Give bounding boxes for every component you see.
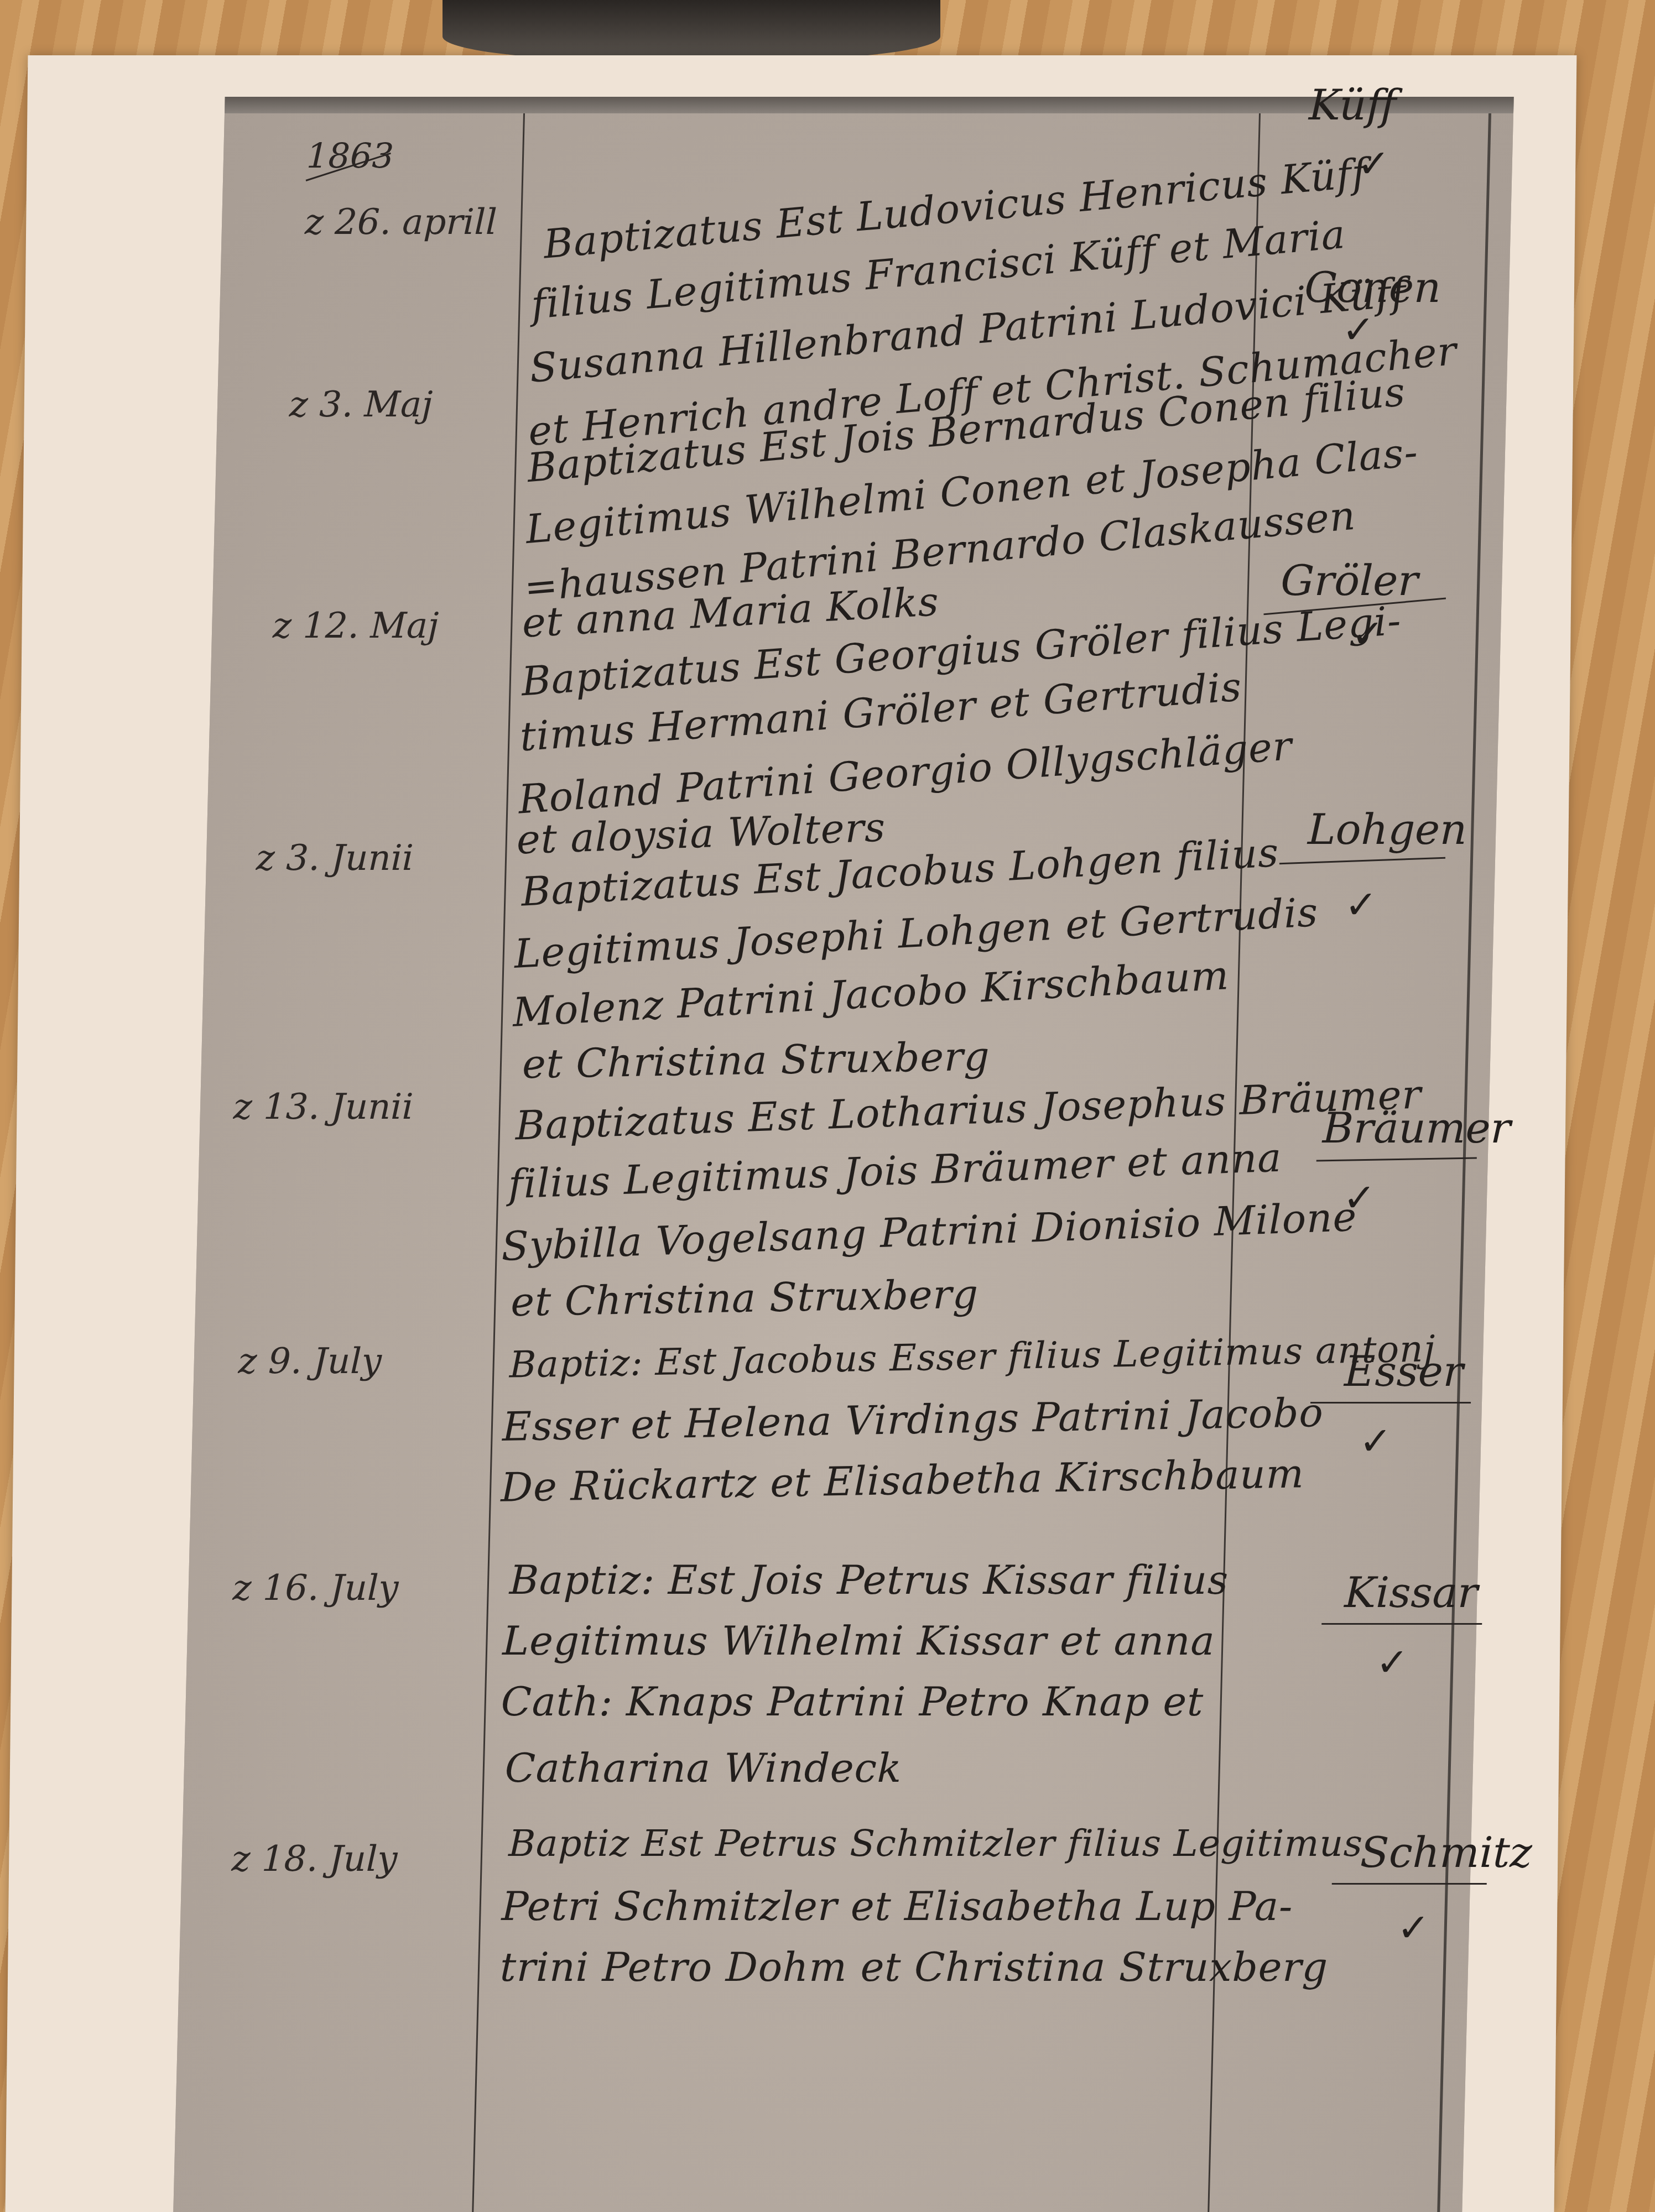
entry-line: Baptiz: Est Jois Petrus Kissar filius <box>509 1557 1229 1603</box>
entry-surname: Conen <box>1304 263 1441 312</box>
entry-surname: Schmitz <box>1360 1828 1533 1877</box>
check-mark: ✓ <box>1397 1905 1430 1950</box>
check-mark: ✓ <box>1376 1640 1409 1685</box>
entry-date: z 16. July <box>232 1568 399 1609</box>
entry-line: Sybilla Vogelsang Patrini Dionisio Milon… <box>501 1193 1357 1270</box>
entry-date: z 18. July <box>231 1839 398 1880</box>
entry-surname: Bräumer <box>1322 1103 1511 1152</box>
dark-object-top <box>443 0 940 61</box>
check-mark: ✓ <box>1342 1175 1376 1220</box>
surname-rule <box>1321 1623 1482 1625</box>
entry-date: z 3. Maj <box>289 384 433 425</box>
check-mark: ✓ <box>1341 307 1375 352</box>
entry-line: Legitimus Wilhelmi Kissar et anna <box>502 1618 1215 1664</box>
check-mark: ✓ <box>1359 1418 1392 1464</box>
entry-surname: Gröler <box>1280 556 1419 605</box>
surname-rule <box>1332 1883 1487 1885</box>
entry-surname: Esser <box>1344 1347 1464 1396</box>
entry-date: z 13. Junii <box>233 1087 414 1128</box>
entry-surname: Lohgen <box>1307 805 1467 854</box>
entry-line: Baptiz Est Petrus Schmitzler filius Legi… <box>508 1822 1363 1865</box>
entry-line: De Rückartz et Elisabetha Kirschbaum <box>501 1450 1304 1510</box>
entry-line: trini Petro Dohm et Christina Struxberg <box>499 1944 1329 1990</box>
entry-line: et Christina Struxberg <box>522 1033 990 1088</box>
check-mark: ✓ <box>1351 611 1385 656</box>
register-page: 1863 Küff ✓ z 26. aprill Baptizatus Est … <box>173 97 1513 2212</box>
entry-line: Cath: Knaps Patrini Petro Knap et <box>501 1678 1204 1725</box>
surname-rule <box>1279 857 1445 864</box>
check-mark: ✓ <box>1344 882 1378 927</box>
entry-line: Catharina Windeck <box>504 1745 903 1791</box>
entry-line: Esser et Helena Virdings Patrini Jacobo <box>502 1389 1324 1450</box>
entry-line: et Christina Struxberg <box>511 1271 979 1326</box>
surname-fragment-top: Küff <box>1308 80 1397 129</box>
surname-rule <box>1310 1402 1471 1404</box>
entry-line: Baptiz: Est Jacobus Esser filius Legitim… <box>509 1327 1436 1386</box>
entry-line: Petri Schmitzler et Elisabetha Lup Pa- <box>501 1883 1294 1929</box>
entry-date: z 26. aprill <box>304 202 497 243</box>
surname-rule <box>1316 1157 1477 1161</box>
entry-date: z 12. Maj <box>272 606 439 646</box>
entry-surname: Kissar <box>1344 1568 1479 1617</box>
entry-date: z 9. July <box>238 1341 382 1382</box>
entry-date: z 3. Junii <box>256 838 414 879</box>
